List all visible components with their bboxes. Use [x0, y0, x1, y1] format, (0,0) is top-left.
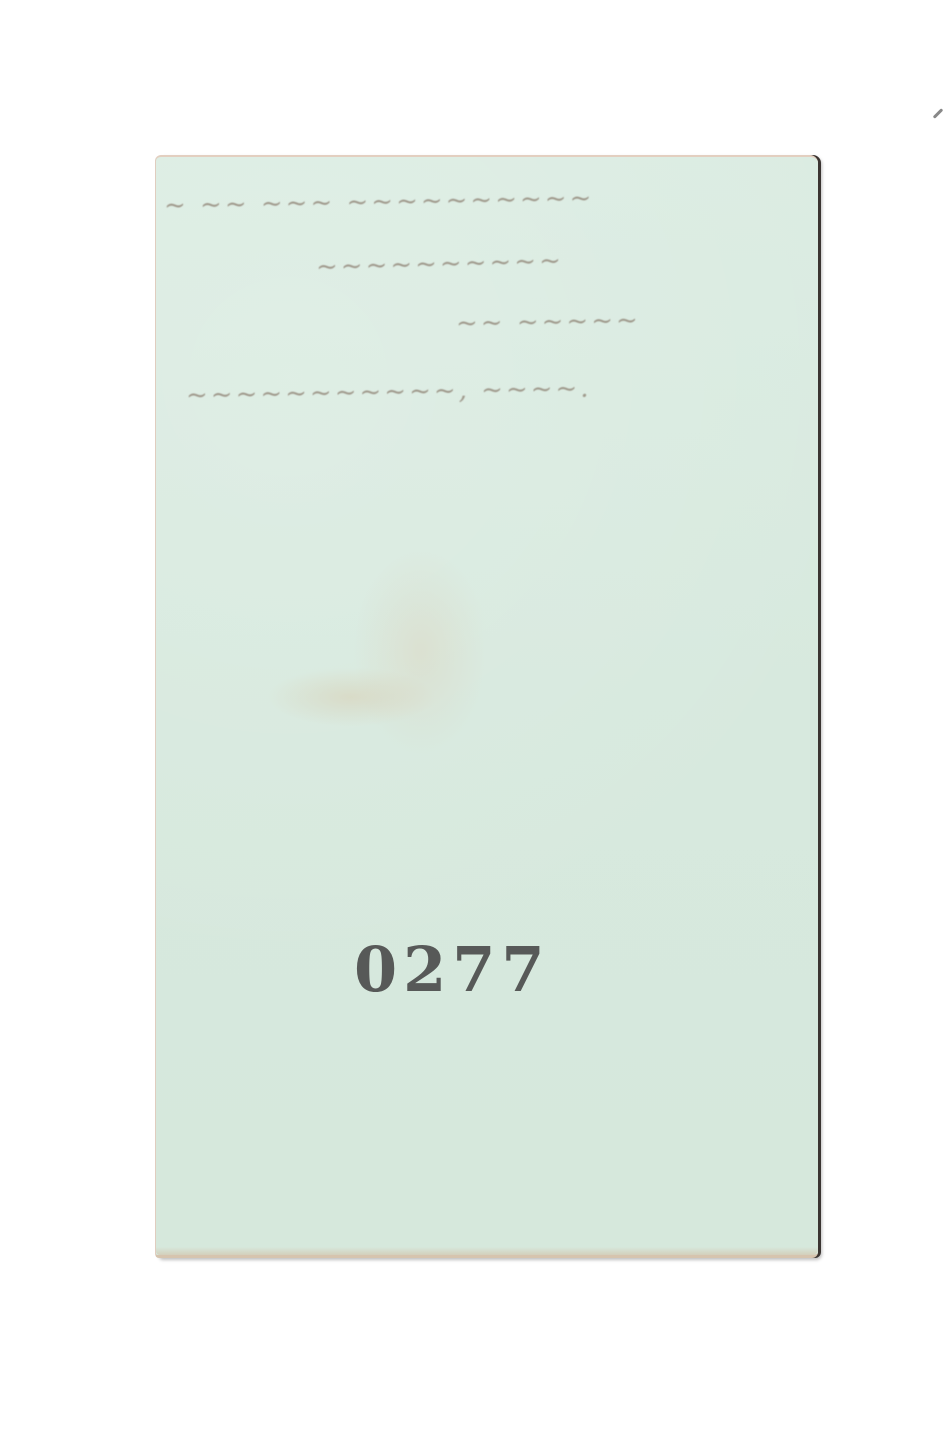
- paper-stain: [266, 667, 436, 727]
- serial-number: 0277: [354, 939, 551, 1001]
- inscription-line: ~~ ~~~~~: [456, 305, 641, 338]
- inscription-line: ~~~~~~~~~~: [316, 246, 565, 282]
- handwritten-inscription: ~ ~~ ~~~ ~~~~~~~~~~ ~~~~~~~~~~ ~~ ~~~~~ …: [156, 157, 818, 437]
- card-back: ~ ~~ ~~~ ~~~~~~~~~~ ~~~~~~~~~~ ~~ ~~~~~ …: [155, 155, 818, 1258]
- inscription-line: ~~~~~~~~~~~, ~~~~.: [186, 373, 592, 410]
- inscription-line: ~ ~~ ~~~ ~~~~~~~~~~: [164, 183, 595, 221]
- stray-pen-mark: [933, 108, 944, 119]
